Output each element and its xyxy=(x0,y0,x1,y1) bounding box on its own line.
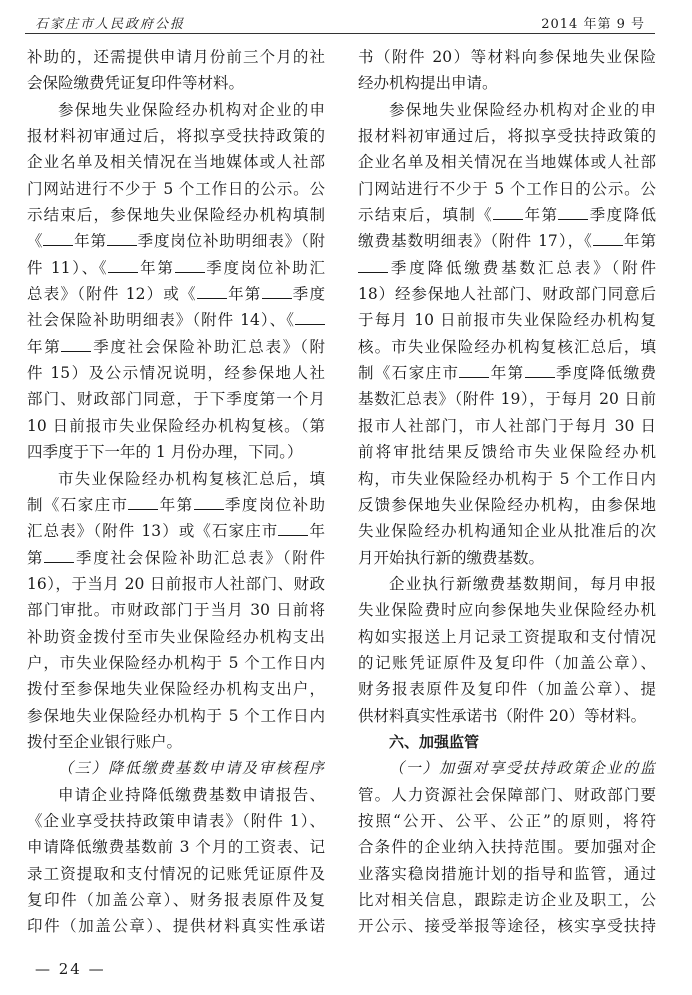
fill-in-blank xyxy=(197,284,227,299)
text-line: 参保地失业保险经办机构对企业的申 xyxy=(358,97,656,123)
text-line: 补助的，还需提供申请月份前三个月的社 xyxy=(27,44,325,70)
text-line: 复印件（加盖公章）、财务报表原件及复 xyxy=(27,887,325,913)
text-line: 18）经参保地人社部门、财政部门同意后 xyxy=(358,281,656,307)
text-line: 《年第季度岗位补助明细表》（附 xyxy=(27,228,325,254)
text-line: 企业执行新缴费基数期间，每月申报 xyxy=(358,571,656,597)
text-line: 前将审批结果反馈给市失业保险经办机 xyxy=(358,439,656,465)
text-line: 申请企业持降低缴费基数申请报告、 xyxy=(27,782,325,808)
text-line: 缴费基数明细表》（附件 17），《年第 xyxy=(358,228,656,254)
text-line: 报市人社部门，市人社部门于每月 30 日 xyxy=(358,413,656,439)
text-line: 户，市失业保险经办机构于 5 个工作日内 xyxy=(27,650,325,676)
text-line: 申请降低缴费基数前 3 个月的工资表、记 xyxy=(27,834,325,860)
text-line: 第季度社会保险补助汇总表》（附件 xyxy=(27,545,325,571)
text-line: 构如实报送上月记录工资提取和支付情况 xyxy=(358,624,656,650)
text-line: 合条件的企业纳入扶持范围。要加强对企 xyxy=(358,834,656,860)
fill-in-blank xyxy=(593,231,623,246)
fill-in-blank xyxy=(194,495,224,510)
text-line: 会保险缴费凭证复印件等材料。 xyxy=(27,70,325,96)
fill-in-blank xyxy=(108,258,138,273)
text-line: 报材料初审通过后，将拟享受扶持政策的 xyxy=(27,123,325,149)
page-number: — 24 — xyxy=(35,960,106,978)
fill-in-blank xyxy=(44,548,74,563)
text-line: 制《石家庄市年第季度降低缴费 xyxy=(358,360,656,386)
text-line: 月开始执行新的缴费基数。 xyxy=(358,545,656,571)
text-line: 企业名单及相关情况在当地媒体或人社部 xyxy=(358,149,656,175)
text-line: 比对相关信息，跟踪走访企业及职工，公 xyxy=(358,887,656,913)
text-line: 反馈参保地失业保险经办机构，由参保地 xyxy=(358,492,656,518)
text-line: 《企业享受扶持政策申请表》（附件 1）、 xyxy=(27,808,325,834)
fill-in-blank xyxy=(525,363,555,378)
text-line: 企业名单及相关情况在当地媒体或人社部 xyxy=(27,149,325,175)
text-line: 业落实稳岗措施计划的指导和监管，通过 xyxy=(358,861,656,887)
text-line: 按照“公开、公平、公正”的原则，将符 xyxy=(358,808,656,834)
text-line: 管。人力资源社会保障部门、财政部门要 xyxy=(358,782,656,808)
fill-in-blank xyxy=(493,205,523,220)
text-line: 的记账凭证原件及复印件（加盖公章）、 xyxy=(358,650,656,676)
text-line: 10 日前报市失业保险经办机构复核。（第 xyxy=(27,413,325,439)
running-header: 石家庄市人民政府公报 2014 年第 9 号 xyxy=(25,10,655,34)
issue-number: 2014 年第 9 号 xyxy=(541,13,645,32)
fill-in-blank xyxy=(558,205,588,220)
text-line: 失业保险经办机构通知企业从批准后的次 xyxy=(358,518,656,544)
text-line: 财务报表原件及复印件（加盖公章）、提 xyxy=(358,676,656,702)
text-line: 总表》（附件 12）或《年第季度 xyxy=(27,281,325,307)
text-line: 门网站进行不少于 5 个工作日的公示。公 xyxy=(358,176,656,202)
text-line: 部门、财政部门同意，于下季度第一个月 xyxy=(27,386,325,412)
fill-in-blank xyxy=(175,258,205,273)
fill-in-blank xyxy=(459,363,489,378)
text-line: 核。市失业保险经办机构复核汇总后，填 xyxy=(358,334,656,360)
text-line: 开公示、接受举报等途径，核实享受扶持 xyxy=(358,913,656,939)
left-text-column: 补助的，还需提供申请月份前三个月的社会保险缴费凭证复印件等材料。参保地失业保险经… xyxy=(27,44,325,940)
text-line: 汇总表》（附件 13）或《石家庄市年 xyxy=(27,518,325,544)
text-line: 印件（加盖公章）、提供材料真实性承诺 xyxy=(27,913,325,939)
section-heading: 六、加强监管 xyxy=(358,729,656,755)
subsection-heading: （一）加强对享受扶持政策企业的监 xyxy=(358,755,656,781)
text-line: 书（附件 20）等材料向参保地失业保险 xyxy=(358,44,656,70)
text-line: 失业保险费时应向参保地失业保险经办机 xyxy=(358,597,656,623)
text-line: 季度降低缴费基数汇总表》（附件 xyxy=(358,255,656,281)
fill-in-blank xyxy=(107,231,137,246)
fill-in-blank xyxy=(61,337,91,352)
text-line: 录工资提取和支付情况的记账凭证原件及 xyxy=(27,861,325,887)
text-line: 市失业保险经办机构复核汇总后，填 xyxy=(27,466,325,492)
fill-in-blank xyxy=(295,310,325,325)
text-line: 门网站进行不少于 5 个工作日的公示。公 xyxy=(27,176,325,202)
text-line: 拨付至参保地失业保险经办机构支出户， xyxy=(27,676,325,702)
subsection-heading: （三）降低缴费基数申请及审核程序 xyxy=(27,755,325,781)
text-line: 拨付至企业银行账户。 xyxy=(27,729,325,755)
fill-in-blank xyxy=(128,495,158,510)
right-text-column: 书（附件 20）等材料向参保地失业保险经办机构提出申请。参保地失业保险经办机构对… xyxy=(358,44,656,940)
text-line: 报材料初审通过后，将拟享受扶持政策的 xyxy=(358,123,656,149)
text-line: 制《石家庄市年第季度岗位补助 xyxy=(27,492,325,518)
fill-in-blank xyxy=(262,284,292,299)
text-line: 补助资金拨付至市失业保险经办机构支出 xyxy=(27,624,325,650)
text-line: 件 11）、《年第季度岗位补助汇 xyxy=(27,255,325,281)
text-line: 16），于当月 20 日前报市人社部门、财政 xyxy=(27,571,325,597)
text-line: 四季度于下一年的 1 月份办理，下同。） xyxy=(27,439,325,465)
text-line: 示结束后，填制《年第季度降低 xyxy=(358,202,656,228)
fill-in-blank xyxy=(278,521,308,536)
text-line: 供材料真实性承诺书（附件 20）等材料。 xyxy=(358,703,656,729)
text-line: 年第季度社会保险补助汇总表》（附 xyxy=(27,334,325,360)
text-line: 件 15）及公示情况说明，经参保地人社 xyxy=(27,360,325,386)
text-line: 参保地失业保险经办机构对企业的申 xyxy=(27,97,325,123)
text-line: 构，市失业保险经办机构于 5 个工作日内 xyxy=(358,466,656,492)
text-line: 于每月 10 日前报市失业保险经办机构复 xyxy=(358,307,656,333)
fill-in-blank xyxy=(358,258,388,273)
text-line: 部门审批。市财政部门于当月 30 日前将 xyxy=(27,597,325,623)
text-line: 参保地失业保险经办机构于 5 个工作日内 xyxy=(27,703,325,729)
text-line: 社会保险补助明细表》（附件 14）、《 xyxy=(27,307,325,333)
text-line: 基数汇总表》（附件 19），于每月 20 日前 xyxy=(358,386,656,412)
text-line: 经办机构提出申请。 xyxy=(358,70,656,96)
text-line: 示结束后，参保地失业保险经办机构填制 xyxy=(27,202,325,228)
publication-title: 石家庄市人民政府公报 xyxy=(35,13,185,32)
fill-in-blank xyxy=(43,231,73,246)
